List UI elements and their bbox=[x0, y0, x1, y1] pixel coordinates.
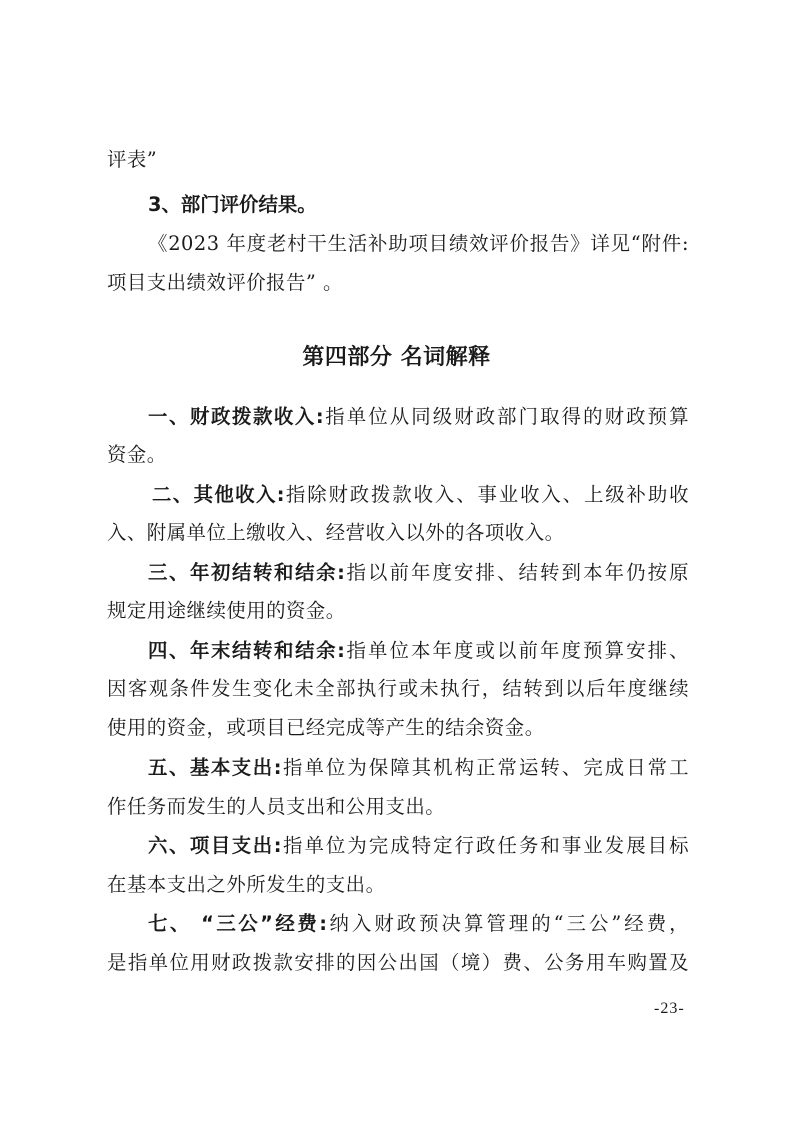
term-label: 四、年末结转和结余: bbox=[148, 639, 345, 662]
term-label: 七、 “三公”经费: bbox=[148, 912, 327, 935]
term-label: 五、基本支出: bbox=[148, 756, 281, 779]
term-text: 纳入财政预决算管理的“三公”经费， bbox=[327, 912, 689, 935]
term-text: 指除财政拨款收入、事业收入、上级补助收 bbox=[285, 483, 690, 506]
page-number: -23- bbox=[654, 1000, 685, 1018]
term-definition-line: 四、年末结转和结余:指单位本年度或以前年度预算安排、 bbox=[148, 639, 689, 663]
term-definition-line: 七、 “三公”经费:纳入财政预决算管理的“三公”经费， bbox=[148, 912, 689, 936]
section-title: 第四部分 名词解释 bbox=[0, 340, 793, 371]
term-text: 指以前年度安排、结转到本年仍按原 bbox=[345, 561, 689, 584]
term-label: 一、财政拨款收入: bbox=[148, 405, 324, 428]
term-definition-line: 入、附属单位上缴收入、经营收入以外的各项收入。 bbox=[107, 521, 689, 545]
term-definition-line: 是指单位用财政拨款安排的因公出国（境）费、公务用车购置及 bbox=[107, 951, 689, 975]
term-label: 二、其他收入: bbox=[152, 483, 285, 506]
term-text: 指单位从同级财政部门取得的财政预算 bbox=[324, 405, 689, 428]
subheading-dept-evaluation: 3、部门评价结果。 bbox=[148, 193, 689, 217]
term-definition-line: 使用的资金，或项目已经完成等产生的结余资金。 bbox=[107, 716, 689, 740]
term-definition-line: 二、其他收入:指除财政拨款收入、事业收入、上级补助收 bbox=[152, 483, 689, 507]
paragraph-line: 项目支出绩效评价报告” 。 bbox=[107, 271, 689, 295]
term-text: 指单位为完成特定行政任务和事业发展目标 bbox=[281, 834, 689, 857]
term-definition-line: 三、年初结转和结余:指以前年度安排、结转到本年仍按原 bbox=[148, 561, 689, 585]
term-definition-line: 作任务而发生的人员支出和公用支出。 bbox=[107, 795, 689, 819]
term-definition-line: 六、项目支出:指单位为完成特定行政任务和事业发展目标 bbox=[148, 834, 689, 858]
term-label: 六、项目支出: bbox=[148, 834, 281, 857]
term-definition-line: 资金。 bbox=[107, 443, 689, 467]
term-definition-line: 在基本支出之外所发生的支出。 bbox=[107, 873, 689, 897]
term-text: 指单位为保障其机构正常运转、完成日常工 bbox=[281, 756, 689, 779]
term-definition-line: 一、财政拨款收入:指单位从同级财政部门取得的财政预算 bbox=[148, 405, 689, 429]
paragraph-line: 《2023 年度老村干生活补助项目绩效评价报告》详见“附件: bbox=[148, 232, 689, 256]
term-label: 三、年初结转和结余: bbox=[148, 561, 345, 584]
term-definition-line: 规定用途继续使用的资金。 bbox=[107, 599, 689, 623]
continued-text: 评表” bbox=[107, 148, 689, 172]
term-definition-line: 因客观条件发生变化未全部执行或未执行，结转到以后年度继续 bbox=[107, 677, 689, 701]
term-text: 指单位本年度或以前年度预算安排、 bbox=[345, 639, 689, 662]
term-definition-line: 五、基本支出:指单位为保障其机构正常运转、完成日常工 bbox=[148, 756, 689, 780]
